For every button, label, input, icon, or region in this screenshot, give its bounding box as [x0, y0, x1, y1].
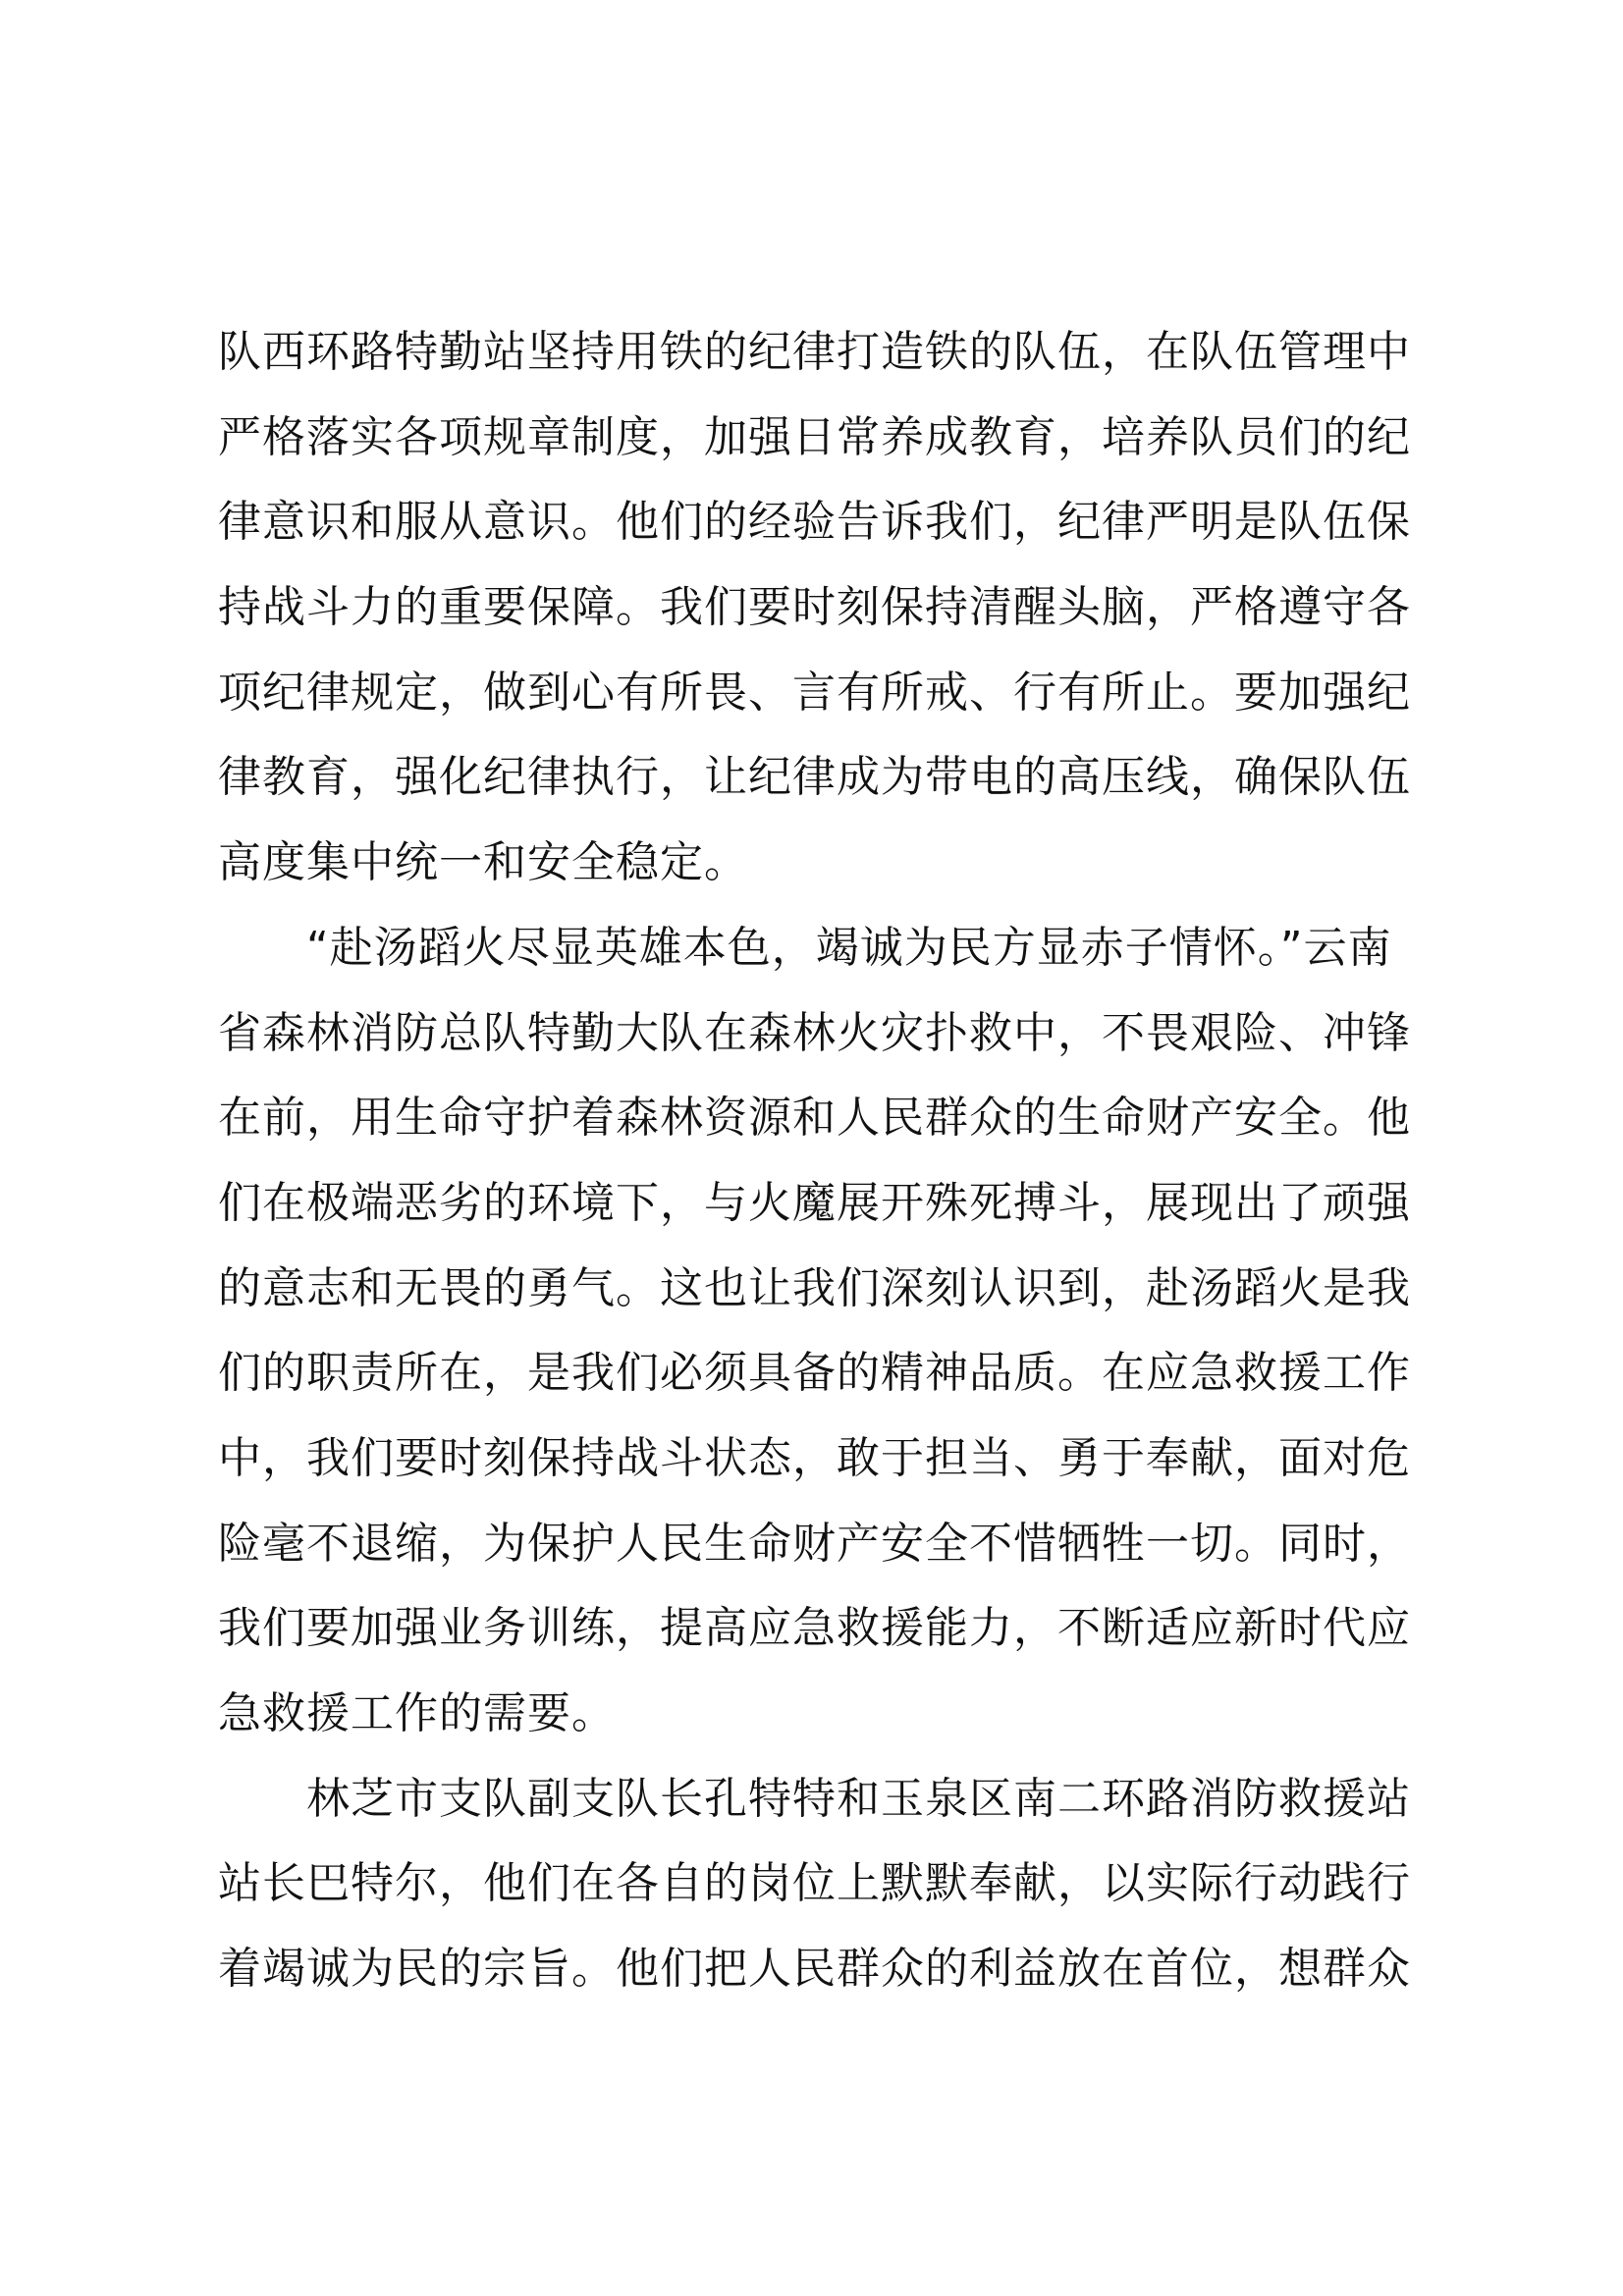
- text-line: 着竭诚为民的宗旨。他们把人民群众的利益放在首位，想群众: [218, 1927, 1435, 2012]
- text-line-indented: “赴汤蹈火尽显英雄本色，竭诚为民方显赤子情怀。”云南: [218, 906, 1435, 991]
- text-line: 中，我们要时刻保持战斗状态，敢于担当、勇于奉献，面对危: [218, 1416, 1435, 1502]
- text-line: 们在极端恶劣的环境下，与火魔展开殊死搏斗，展现出了顽强: [218, 1161, 1435, 1247]
- text-line: 队西环路特勤站坚持用铁的纪律打造铁的队伍，在队伍管理中: [218, 310, 1435, 396]
- text-line: 持战斗力的重要保障。我们要时刻保持清醒头脑，严格遵守各: [218, 565, 1435, 651]
- paragraph-discipline: 队西环路特勤站坚持用铁的纪律打造铁的队伍，在队伍管理中 严格落实各项规章制度，加…: [218, 310, 1435, 906]
- text-line: 律教育，强化纪律执行，让纪律成为带电的高压线，确保队伍: [218, 735, 1435, 821]
- text-line: 我们要加强业务训练，提高应急救援能力，不断适应新时代应: [218, 1586, 1435, 1672]
- text-line: 项纪律规定，做到心有所畏、言有所戒、行有所止。要加强纪: [218, 651, 1435, 736]
- text-line: 的意志和无畏的勇气。这也让我们深刻认识到，赴汤蹈火是我: [218, 1247, 1435, 1332]
- text-line: 律意识和服从意识。他们的经验告诉我们，纪律严明是队伍保: [218, 480, 1435, 565]
- text-line: 在前，用生命守护着森林资源和人民群众的生命财产安全。他: [218, 1076, 1435, 1161]
- text-line: 高度集中统一和安全稳定。: [218, 821, 1435, 906]
- paragraph-linzhi-station: 林芝市支队副支队长孔特特和玉泉区南二环路消防救援站 站长巴特尔，他们在各自的岗位…: [218, 1757, 1435, 2012]
- text-line-indented: 林芝市支队副支队长孔特特和玉泉区南二环路消防救援站: [218, 1757, 1435, 1842]
- text-line: 险毫不退缩，为保护人民生命财产安全不惜牺牲一切。同时，: [218, 1502, 1435, 1587]
- text-line: 严格落实各项规章制度，加强日常养成教育，培养队员们的纪: [218, 396, 1435, 481]
- paragraph-yunnan-forest-fire: “赴汤蹈火尽显英雄本色，竭诚为民方显赤子情怀。”云南 省森林消防总队特勤大队在森…: [218, 906, 1435, 1757]
- document-body: 队西环路特勤站坚持用铁的纪律打造铁的队伍，在队伍管理中 严格落实各项规章制度，加…: [218, 310, 1435, 2012]
- text-line: 急救援工作的需要。: [218, 1672, 1435, 1757]
- text-line: 们的职责所在，是我们必须具备的精神品质。在应急救援工作: [218, 1331, 1435, 1416]
- text-line: 省森林消防总队特勤大队在森林火灾扑救中，不畏艰险、冲锋: [218, 991, 1435, 1077]
- text-line: 站长巴特尔，他们在各自的岗位上默默奉献，以实际行动践行: [218, 1842, 1435, 1927]
- document-page: 队西环路特勤站坚持用铁的纪律打造铁的队伍，在队伍管理中 严格落实各项规章制度，加…: [0, 0, 1623, 2296]
